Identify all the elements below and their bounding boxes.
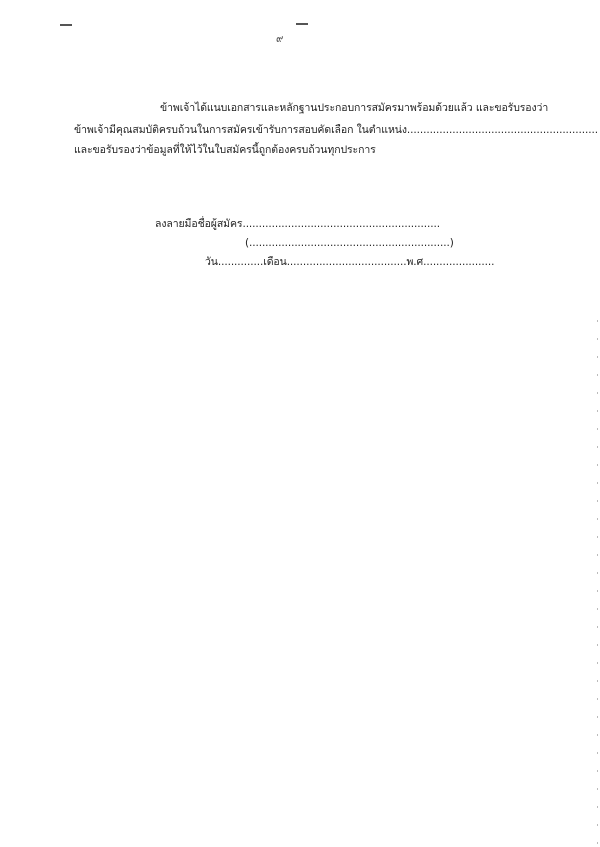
scan-mark-left <box>60 24 72 26</box>
declaration-line-2: ข้าพเจ้ามีคุณสมบัติครบถ้วนในการสมัครเข้า… <box>74 123 598 137</box>
date-line: วัน..............เดือน..................… <box>205 255 494 269</box>
applicant-signature-line: ลงลายมือชื่อผู้สมัคร....................… <box>155 217 440 231</box>
declaration-line-3: และขอรับรองว่าข้อมูลที่ให้ไว้ในใบสมัครนี… <box>74 143 376 157</box>
page-number: ๙ <box>276 32 283 47</box>
declaration-line-1: ข้าพเจ้าได้แนบเอกสารและหลักฐานประกอบการส… <box>160 101 548 115</box>
scan-edge-artifact <box>597 320 598 847</box>
scan-mark-right <box>296 23 308 25</box>
applicant-name-line: (.......................................… <box>245 236 454 250</box>
